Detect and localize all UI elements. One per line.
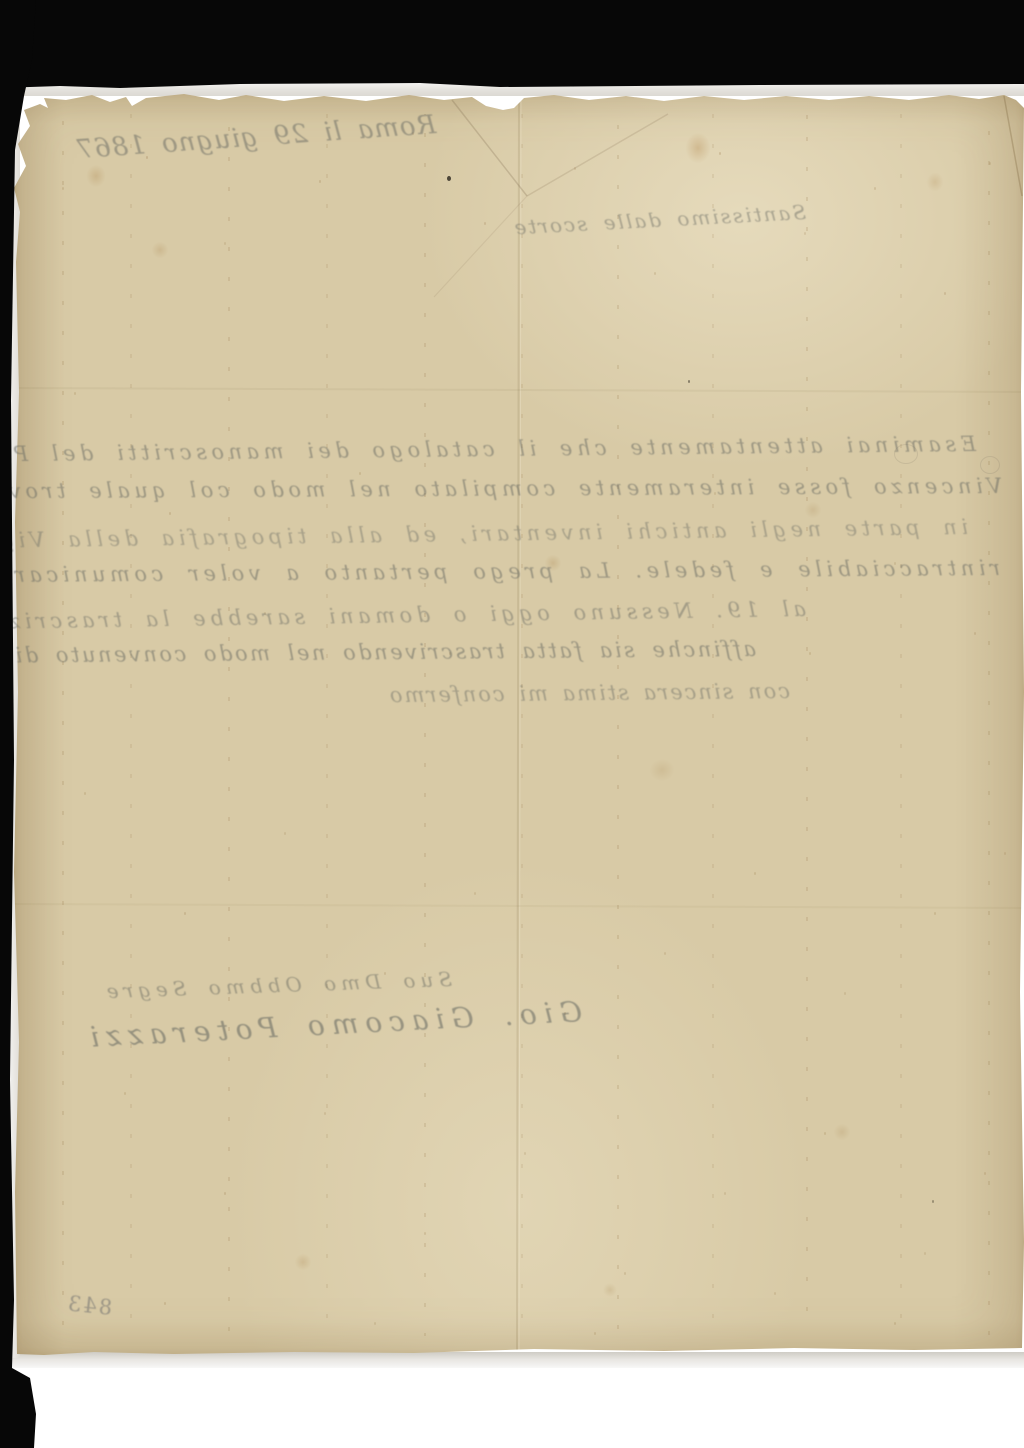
ghost-body-line: con sincera stima mi confermo — [388, 681, 790, 706]
paper-sheet — [14, 92, 1024, 1356]
scan-shadow-bottom — [10, 1352, 1024, 1368]
scan-page: { "ghost_text": { "mirrored": true, "dat… — [0, 0, 1024, 1448]
pencil-number: 843 — [65, 1293, 113, 1319]
scanner-border-top — [0, 0, 1024, 90]
fold-creases — [14, 92, 1024, 1356]
ghost-body-line: Vincenzo fosse interamente compilato nel… — [0, 476, 1002, 503]
